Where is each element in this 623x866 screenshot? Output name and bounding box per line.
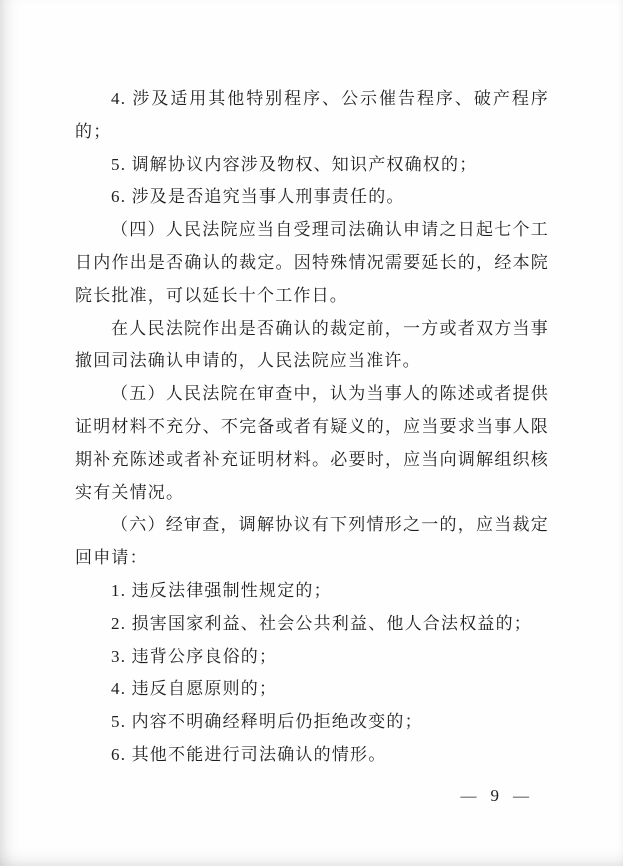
text-line: 1. 违反法律强制性规定的； <box>75 575 549 608</box>
text-line: 撤回司法确认申请的，人民法院应当准许。 <box>75 345 549 378</box>
text-line: 2. 损害国家利益、社会公共利益、他人合法权益的； <box>75 608 549 641</box>
text-line: 5. 内容不明确经释明后仍拒绝改变的； <box>75 706 549 739</box>
document-lines: 4. 涉及适用其他特别程序、公示催告程序、破产程序审理的；5. 调解协议内容涉及… <box>75 83 549 772</box>
page-footer: — 9 — <box>0 786 623 806</box>
text-line: 5. 调解协议内容涉及物权、知识产权确权的； <box>75 149 549 182</box>
text-line: 4. 违反自愿原则的； <box>75 673 549 706</box>
text-line: 6. 涉及是否追究当事人刑事责任的。 <box>75 181 549 214</box>
text-line: 证明材料不充分、不完备或者有疑义的，应当要求当事人限 <box>75 411 549 444</box>
text-line: 4. 涉及适用其他特别程序、公示催告程序、破产程序审理 <box>75 83 549 116</box>
text-line: 3. 违背公序良俗的； <box>75 641 549 674</box>
page-number: 9 <box>491 786 500 806</box>
text-line: 期补充陈述或者补充证明材料。必要时，应当向调解组织核 <box>75 444 549 477</box>
text-line: 实有关情况。 <box>75 477 549 510</box>
text-line: 6. 其他不能进行司法确认的情形。 <box>75 739 549 772</box>
document-page: 4. 涉及适用其他特别程序、公示催告程序、破产程序审理的；5. 调解协议内容涉及… <box>0 0 623 866</box>
text-line: 回申请： <box>75 542 549 575</box>
footer-left-dash: — <box>461 788 477 806</box>
text-line: （四）人民法院应当自受理司法确认申请之日起七个工作 <box>75 214 549 247</box>
text-line: 在人民法院作出是否确认的裁定前，一方或者双方当事人 <box>75 313 549 346</box>
text-line: 院长批准，可以延长十个工作日。 <box>75 280 549 313</box>
text-line: 日内作出是否确认的裁定。因特殊情况需要延长的，经本院 <box>75 247 549 280</box>
text-line: （五）人民法院在审查中，认为当事人的陈述或者提供的 <box>75 378 549 411</box>
text-line: 的； <box>75 116 549 149</box>
text-line: （六）经审查，调解协议有下列情形之一的，应当裁定驳 <box>75 509 549 542</box>
footer-right-dash: — <box>513 788 529 806</box>
